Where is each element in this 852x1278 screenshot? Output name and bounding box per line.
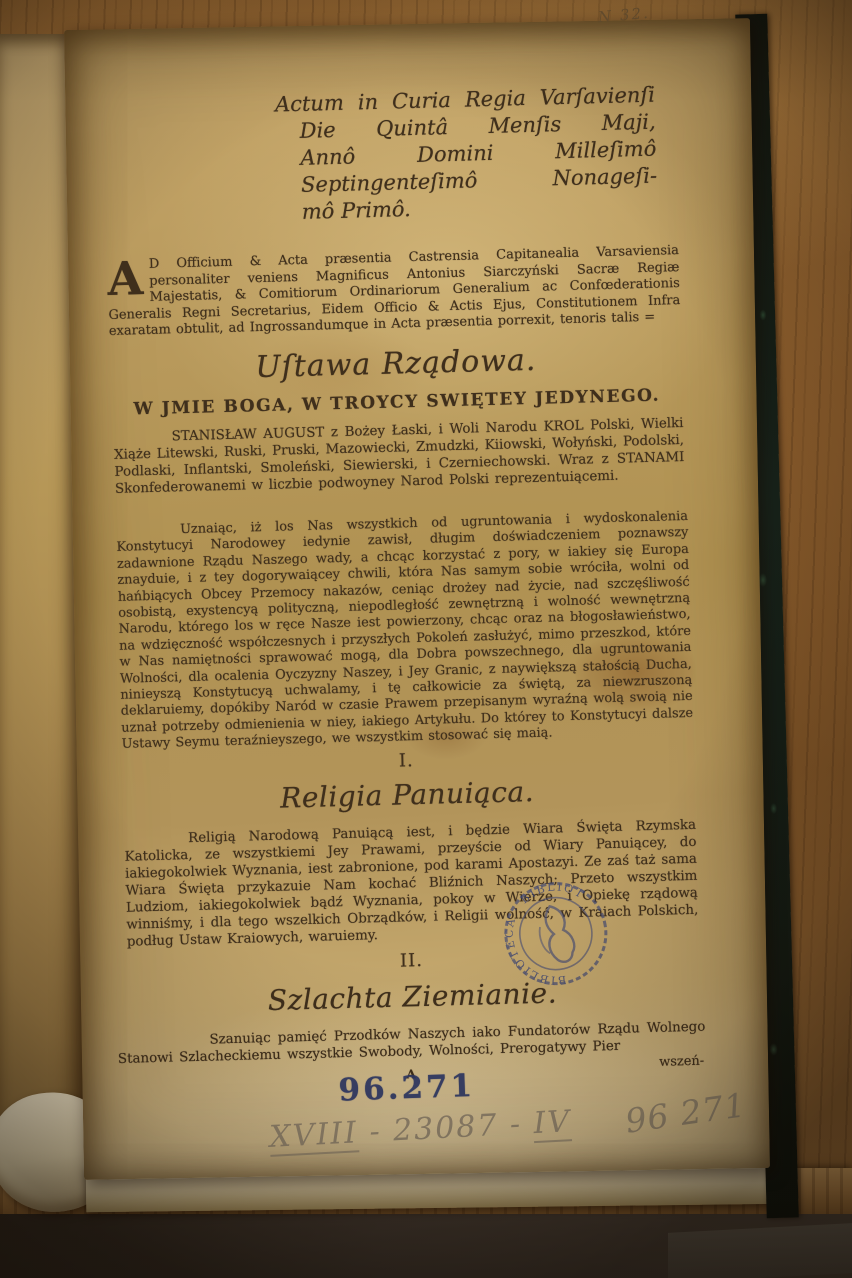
royal-intitulation-paragraph: STANISŁAW AUGUST z Bożey Łaski, i Woli N… — [113, 415, 685, 498]
document-title: Uſtawa Rządowa. — [67, 338, 724, 390]
document-page: Actum in Curia Regia Varſavienſi Die Qui… — [64, 18, 770, 1180]
drop-cap: A — [107, 257, 150, 298]
latin-dateline: Actum in Curia Regia Varſavienſi Die Qui… — [275, 82, 658, 227]
catalog-roman-suffix: IV — [533, 1104, 572, 1143]
shelfmark-ink-stamp: 96.271 — [338, 1068, 476, 1109]
section-2-text: Szanuiąc pamięć Przodków Naszych iako Fu… — [117, 1019, 706, 1068]
preamble-paragraph: Uznaiąc, iż los Nas wszystkich od ugrunt… — [116, 509, 694, 754]
catchword: wszeń- — [659, 1053, 705, 1071]
latin-protocol-text: D Officium & Acta præsentia Castrensia C… — [108, 243, 680, 339]
catalog-roman-prefix: XVIII — [269, 1115, 359, 1157]
floor-panel — [668, 1223, 852, 1278]
printed-text-block: Actum in Curia Regia Varſavienſi Die Qui… — [59, 15, 775, 1183]
book-photo: Actum in Curia Regia Varſavienſi Die Qui… — [0, 0, 852, 1278]
section-2-paragraph: Szanuiąc pamięć Przodków Naszych iako Fu… — [117, 1019, 706, 1068]
section-1-paragraph: Religią Narodową Panuiącą iest, i będzie… — [124, 817, 699, 951]
section-2-title: Szlachta Ziemianie. — [84, 972, 741, 1022]
latin-protocol-paragraph: AD Officium & Acta præsentia Castrensia … — [107, 243, 681, 341]
